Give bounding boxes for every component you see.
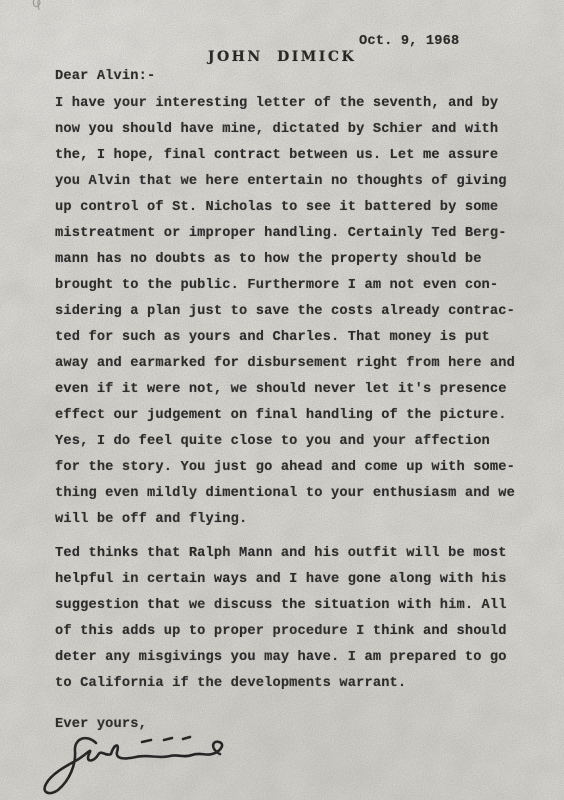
body-paragraph-2: Ted thinks that Ralph Mann and his outfi… [55,541,507,697]
pencil-mark [22,0,52,14]
signature [30,729,240,799]
body-paragraph-1: I have your interesting letter of the se… [55,91,515,533]
signature-dash [142,740,151,742]
signature-dash [164,738,172,740]
letter-page: Oct. 9, 1968 JOHN DIMICK Dear Alvin:- I … [0,0,564,800]
salutation: Dear Alvin:- [55,64,155,90]
letterhead-name: JOHN DIMICK [0,49,564,65]
signature-dash [183,737,190,739]
